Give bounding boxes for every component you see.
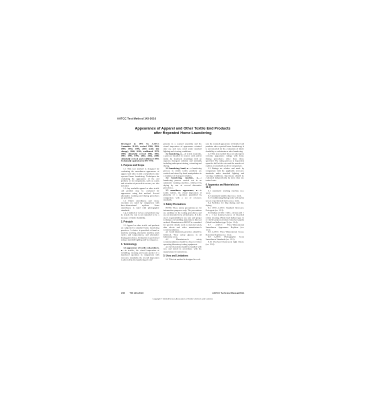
section-heading: 1. Purpose and Scope	[121, 164, 159, 166]
section-heading: 4. Safety Precautions	[163, 203, 201, 205]
text-block: 2.1 Apparel or other textile end product…	[121, 224, 159, 241]
columns: Developed in 1973 by AATCC Committee RA6…	[121, 143, 244, 291]
footer-left: 236 TM 143-2010	[121, 292, 143, 294]
text-block: ponents in a seamed assembly and the vis…	[163, 143, 201, 153]
document-title-line2: after Repeated Home Laundering	[121, 131, 244, 135]
page-content: AATCC Test Method 143-2010 Appearance of…	[121, 117, 244, 300]
text-block: 5.2 This test method does not attempt to…	[206, 153, 244, 168]
text-column: uate the retained appearance of finished…	[206, 143, 244, 291]
text-block: 3.5 smoothness appearance, n.—in textile…	[163, 189, 201, 201]
method-header: AATCC Test Method 143-2010	[117, 117, 244, 120]
text-column: ponents in a seamed assembly and the vis…	[163, 143, 201, 291]
footer-method-ref: TM 143-2010	[130, 292, 144, 294]
text-block: 3.1 appearance of textile end products, …	[121, 247, 159, 262]
text-block: 3.4 laundering, machine, n.—a laundering…	[163, 177, 201, 189]
text-block: uate the retained appearance of finished…	[206, 143, 244, 153]
text-block: 3.3 laundering, hand, n.—a laundering pr…	[163, 167, 201, 177]
text-block: 1.3 Fabric smoothness and crease retenti…	[121, 200, 159, 212]
footer-page-number: 236	[121, 292, 125, 294]
text-block: 4.2 Manufacturer's safety recommendation…	[163, 238, 201, 245]
section-heading: 2. Principle	[121, 221, 159, 223]
text-block: 5.3 Ratings are relative and made by com…	[206, 167, 244, 182]
text-block: 6.6 Ballast of 920 × 920 ± 30 mm (36 × 3…	[206, 212, 244, 224]
text-block: 1.4 A knitted or woven end product may b…	[121, 212, 159, 219]
text-block: 4.3 All chemicals should be handled with…	[163, 246, 201, 253]
text-block: NOTE: These safety precautions are for i…	[163, 207, 201, 231]
text-block: 3.2 laundering, n.—of textile materials,…	[163, 153, 201, 168]
text-block: 5.1 This test method is designed to eval…	[163, 258, 201, 260]
text-block: 4.1 Good laboratory practices should be …	[163, 231, 201, 238]
text-block: 6.10 Overhead fluorescent light fixture …	[206, 241, 244, 246]
section-heading: 3. Terminology	[121, 243, 159, 245]
text-block: 1.2 Any washable apparel or other textil…	[121, 187, 159, 199]
text-column: Developed in 1973 by AATCC Committee RA6…	[121, 143, 159, 291]
section-heading: 5. Uses and Limitations	[163, 255, 201, 257]
copyright-line: Copyright © 2010 American Association of…	[121, 298, 244, 300]
footer-manual-ref: AATCC Technical Manual/2011	[212, 292, 244, 294]
text-block: 1.1 This test method is designed for eva…	[121, 168, 159, 187]
section-heading: 6. Apparatus and Materials (see 13.1)	[206, 184, 244, 189]
text-block: 6.7 AATCC Three-Dimensional Smoothness A…	[206, 224, 244, 231]
document-title: Appearance of Apparel and Other Textile …	[121, 127, 244, 136]
page-footer: 236 TM 143-2010 AATCC Technical Manual/2…	[121, 292, 244, 294]
text-block: Developed in 1973 by AATCC Committee RA6…	[121, 143, 159, 162]
document-page: AATCC Test Method 143-2010 Appearance of…	[0, 0, 368, 420]
